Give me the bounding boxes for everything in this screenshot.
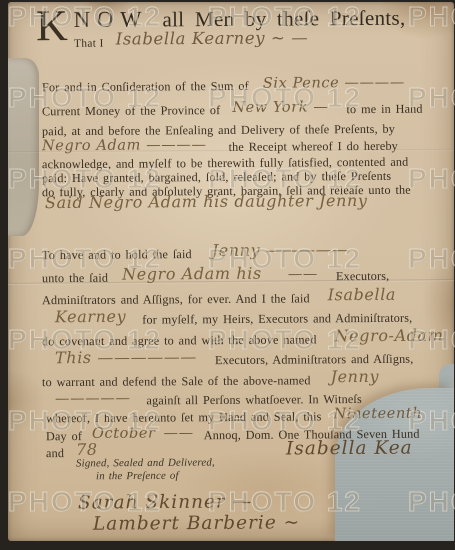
deed-text-layer: K NOW all Men by theſe Preſents, That I … xyxy=(0,0,455,550)
witness-1-script: Sarah Skinner — xyxy=(78,491,252,513)
grantor-signature: Isabella Kea xyxy=(286,440,413,462)
printed-text: unto the ſaid xyxy=(42,271,108,285)
handwritten-text: ————— xyxy=(55,391,131,408)
day-script: Nineteenth xyxy=(333,406,422,423)
deed-line-province: Current Money of the Province of New Yor… xyxy=(42,100,423,121)
grantor-name-script: Isabella Kearney ~ — xyxy=(116,28,309,48)
deed-line-unto: unto the ſaid Negro Adam his —— Executor… xyxy=(42,265,389,287)
handwritten-text: —— xyxy=(288,266,318,282)
title-dropcap: K xyxy=(36,1,70,50)
printed-text: do covenant and agree to and with the ab… xyxy=(42,332,317,348)
deed-line-administrators: Adminiſtrators and Aſſigns, for ever. An… xyxy=(42,287,396,309)
month-script: October xyxy=(92,426,156,442)
named-party-script: Negro-Adam xyxy=(334,326,443,346)
holder-script: Negro Adam his xyxy=(122,264,262,284)
deed-line-habendum: To have and to hold the ſaid Jenny ————— xyxy=(42,242,349,264)
conveyance-script: Said Negro Adam his daughter Jenny xyxy=(45,191,368,212)
title-know: NOW xyxy=(74,7,149,33)
printed-text: To have and to hold the ſaid xyxy=(42,247,192,262)
deed-line-that-i: That I Isabella Kearney ~ — xyxy=(74,30,309,52)
printed-text: Executors, Adminiſtrators and Aſſigns, xyxy=(215,352,413,367)
printed-text: for myſelf, my Heirs, Executors and Admi… xyxy=(142,311,412,327)
grantee-script: Negro Adam ———— xyxy=(42,137,207,154)
grantor-last-script: Kearney xyxy=(55,307,126,326)
his-script: This —————— xyxy=(55,347,197,367)
printed-text: Current Money of the Province of xyxy=(42,103,220,118)
province-script: New York — xyxy=(232,99,328,116)
deed-line-conveyance-script: Said Negro Adam his daughter Jenny xyxy=(45,193,368,215)
deed-line-warrant: to warrant and defend the Sale of the ab… xyxy=(42,369,379,391)
handwritten-text: —— xyxy=(164,425,194,441)
printed-text: againſt all Perſons whatſoever. In Witne… xyxy=(146,392,361,408)
that-i-label: That I xyxy=(74,38,104,50)
printed-text: whereof, I have hereunto ſet my Hand and… xyxy=(46,409,322,425)
witness-2-script: Lambert Barberie ~ xyxy=(93,512,300,534)
jenny-script: Jenny ————— xyxy=(212,240,349,260)
sum-script: Six Pence ———— xyxy=(263,75,405,92)
grantor-first-script: Isabella xyxy=(328,285,396,304)
printed-text: and xyxy=(46,446,64,460)
grantor-signature-script: Isabella Kea xyxy=(286,438,413,460)
deed-line-consideration: For and in Conſideration of the Sum of S… xyxy=(42,76,405,97)
attestation-line-2: in the Preſence of xyxy=(96,466,179,485)
printed-text: the Receipt whereof I do hereby xyxy=(229,139,398,154)
printed-text: Executors, xyxy=(336,269,389,283)
printed-text: Adminiſtrators and Aſſigns, for ever. An… xyxy=(42,291,310,307)
printed-text: For and in Conſideration of the Sum of xyxy=(42,79,249,94)
jenny2-script: Jenny xyxy=(330,367,379,386)
printed-text: paid, at and before the Enſealing and De… xyxy=(42,122,395,138)
printed-text: to warrant and defend the Sale of the ab… xyxy=(42,373,311,389)
witness-signature-2: Lambert Barberie ~ xyxy=(93,514,300,536)
printed-text: to me in Hand xyxy=(346,102,422,117)
printed-text: in the Preſence of xyxy=(96,470,179,483)
